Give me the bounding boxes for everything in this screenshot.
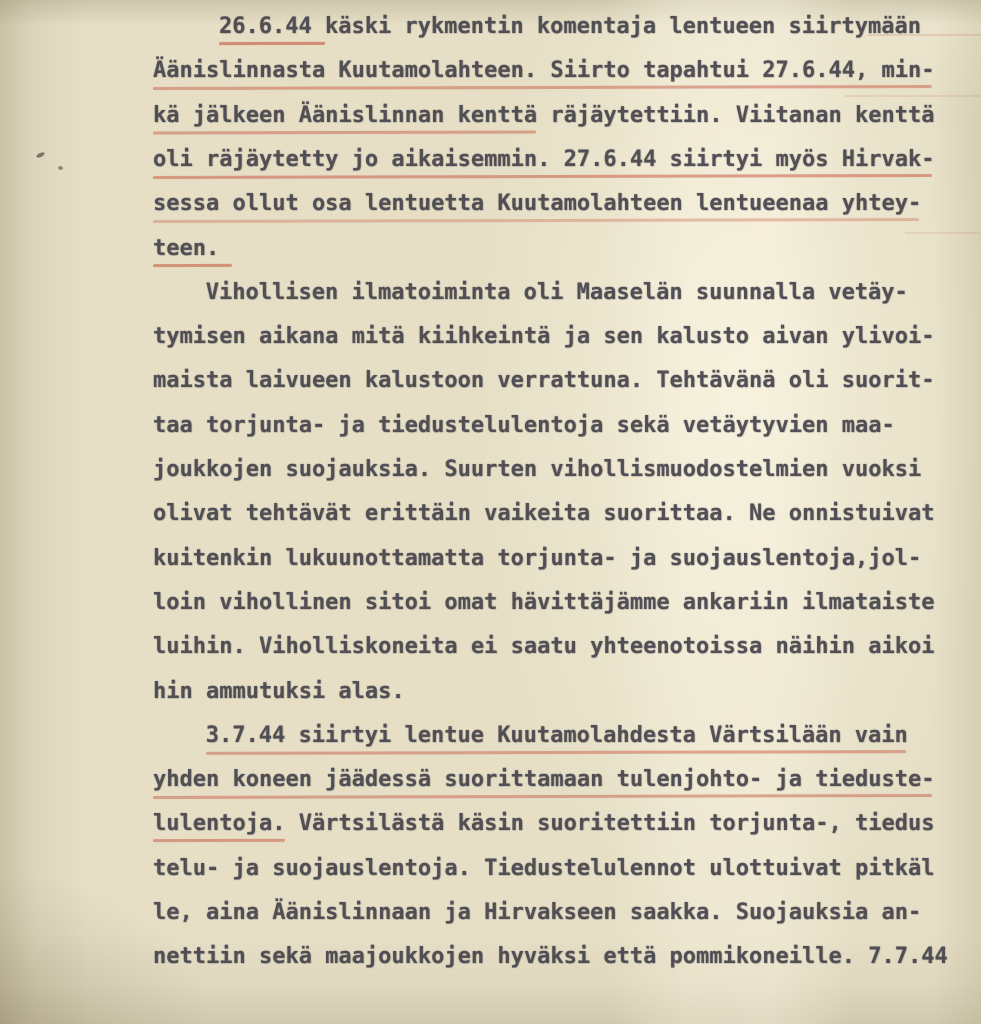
- text-line: yhden koneen jäädessä suorittamaan tulen…: [153, 767, 934, 793]
- text-line-content: tymisen aikana mitä kiihkeintä ja sen ka…: [153, 324, 934, 349]
- text-line: Äänislinnasta Kuutamolahteen. Siirto tap…: [153, 58, 934, 84]
- text-line-content: taa torjunta- ja tiedustelulentoja sekä …: [153, 413, 895, 438]
- bleed-through-rule: [845, 95, 981, 97]
- text-line-content: 26.6.44 käski rykmentin komentaja lentue…: [219, 14, 921, 39]
- text-line: 3.7.44 siirtyi lentue Kuutamolahdesta Vä…: [206, 723, 908, 749]
- text-line: tymisen aikana mitä kiihkeintä ja sen ka…: [153, 324, 934, 350]
- text-line-content: Vihollisen ilmatoiminta oli Maaselän suu…: [206, 280, 908, 305]
- text-line: sessa ollut osa lentuetta Kuutamolahteen…: [153, 191, 921, 217]
- typewritten-text-block: 26.6.44 käski rykmentin komentaja lentue…: [0, 0, 981, 1024]
- text-line: oli räjäytetty jo aikaisemmin. 27.6.44 s…: [153, 147, 934, 173]
- bleed-through-rule: [868, 34, 981, 36]
- text-line-content: yhden koneen jäädessä suorittamaan tulen…: [153, 767, 934, 792]
- text-line: maista laivueen kalustoon verrattuna. Te…: [153, 368, 934, 394]
- text-line: loin vihollinen sitoi omat hävittäjämme …: [153, 590, 934, 616]
- text-line: 26.6.44 käski rykmentin komentaja lentue…: [219, 14, 921, 40]
- text-line-content: 3.7.44 siirtyi lentue Kuutamolahdesta Vä…: [206, 723, 908, 748]
- text-line-content: kä jälkeen Äänislinnan kenttä räjäytetti…: [153, 103, 934, 128]
- red-pen-underline: [153, 174, 932, 179]
- red-pen-underline: [219, 42, 325, 45]
- red-pen-underline: [153, 85, 932, 90]
- text-line-content: luihin. Viholliskoneita ei saatu yhteeno…: [153, 634, 934, 659]
- text-line: hin ammutuksi alas.: [153, 679, 405, 705]
- text-line-content: teen.: [153, 236, 219, 261]
- text-line-content: telu- ja suojauslentoja. Tiedustelulenno…: [153, 856, 934, 881]
- text-line: taa torjunta- ja tiedustelulentoja sekä …: [153, 413, 895, 439]
- red-pen-underline: [153, 218, 919, 223]
- text-line-content: sessa ollut osa lentuetta Kuutamolahteen…: [153, 191, 921, 216]
- red-pen-underline: [153, 263, 232, 266]
- text-line: olivat tehtävät erittäin vaikeita suorit…: [153, 501, 934, 527]
- text-line: telu- ja suojauslentoja. Tiedustelulenno…: [153, 856, 934, 882]
- text-line: luihin. Viholliskoneita ei saatu yhteeno…: [153, 634, 934, 660]
- text-line: kuitenkin lukuunottamatta torjunta- ja s…: [153, 546, 921, 572]
- text-line-content: Äänislinnasta Kuutamolahteen. Siirto tap…: [153, 58, 934, 83]
- text-line: nettiin sekä maajoukkojen hyväksi että p…: [153, 944, 948, 970]
- red-pen-underline: [206, 750, 906, 754]
- text-line: lulentoja. Värtsilästä käsin suoritettii…: [153, 811, 934, 837]
- text-line: kä jälkeen Äänislinnan kenttä räjäytetti…: [153, 103, 934, 129]
- text-line-content: kuitenkin lukuunottamatta torjunta- ja s…: [153, 546, 921, 571]
- text-line: Vihollisen ilmatoiminta oli Maaselän suu…: [206, 280, 908, 306]
- text-line-content: nettiin sekä maajoukkojen hyväksi että p…: [153, 944, 948, 969]
- text-line-content: oli räjäytetty jo aikaisemmin. 27.6.44 s…: [153, 147, 934, 172]
- bleed-through-rule: [905, 232, 981, 234]
- text-line: teen.: [153, 236, 219, 262]
- text-line: joukkojen suojauksia. Suurten vihollismu…: [153, 457, 921, 483]
- text-line-content: maista laivueen kalustoon verrattuna. Te…: [153, 368, 934, 393]
- text-line-content: le, aina Äänislinnaan ja Hirvakseen saak…: [153, 900, 921, 925]
- text-line-content: joukkojen suojauksia. Suurten vihollismu…: [153, 457, 921, 482]
- document-page: 26.6.44 käski rykmentin komentaja lentue…: [0, 0, 981, 1024]
- text-line-content: loin vihollinen sitoi omat hävittäjämme …: [153, 590, 934, 615]
- text-line-content: hin ammutuksi alas.: [153, 679, 405, 704]
- red-pen-underline: [153, 130, 536, 134]
- red-pen-underline: [153, 839, 285, 842]
- red-pen-underline: [153, 794, 932, 799]
- text-line: le, aina Äänislinnaan ja Hirvakseen saak…: [153, 900, 921, 926]
- text-line-content: lulentoja. Värtsilästä käsin suoritettii…: [153, 811, 934, 836]
- text-line-content: olivat tehtävät erittäin vaikeita suorit…: [153, 501, 934, 526]
